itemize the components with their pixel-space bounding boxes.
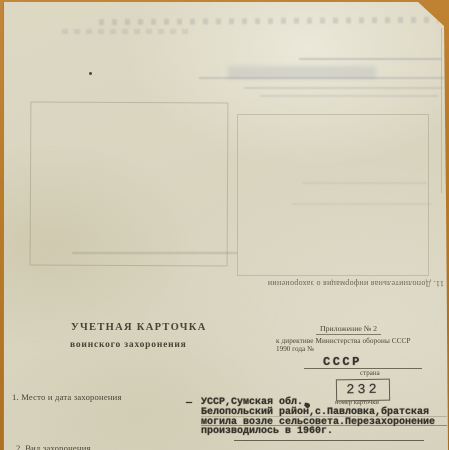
form-rule-line <box>201 416 447 417</box>
form-subtitle: воинского захоронения <box>70 340 187 350</box>
bleed-through-text <box>62 29 192 34</box>
bleed-through-line <box>299 58 441 60</box>
field2-label: 2. Вид захоронения <box>16 443 91 450</box>
paper-crease <box>441 28 442 193</box>
form-rule-line <box>201 425 447 426</box>
card-number-value: 232 <box>346 382 380 397</box>
photo-frame-left <box>30 101 229 266</box>
country-label: страна <box>360 369 380 377</box>
field1-value: УССР,Сумская обл., Белопольский район,с.… <box>201 398 435 437</box>
annex-number: Приложение № 2 <box>316 324 381 335</box>
bleed-through-line <box>244 87 442 89</box>
reverse-side-heading: 11. Дополнительная информация о захороне… <box>240 279 444 288</box>
paper-sheet: 11. Дополнительная информация о захороне… <box>3 2 449 450</box>
bleed-through-text <box>99 17 439 25</box>
typed-dash: — <box>186 398 192 409</box>
bleed-through-line <box>199 77 444 79</box>
photo-frame-right <box>237 114 429 276</box>
annex-directive: к директиве Министерства обороны СССР <box>276 337 449 345</box>
bleed-through-line <box>260 95 438 97</box>
field1-underline <box>234 440 424 441</box>
annex-year: 1990 года № <box>276 345 314 353</box>
ink-speck <box>89 72 92 75</box>
field1-label: 1. Место и дата захоронения <box>12 392 122 402</box>
bleed-through-smudge <box>228 66 376 79</box>
scanned-document-photo: 11. Дополнительная информация о захороне… <box>0 0 449 450</box>
country-value: СССР <box>323 355 362 369</box>
field1-value-line: производилось в 1960г. <box>201 427 435 437</box>
form-title: УЧЕТНАЯ КАРТОЧКА <box>71 322 207 333</box>
